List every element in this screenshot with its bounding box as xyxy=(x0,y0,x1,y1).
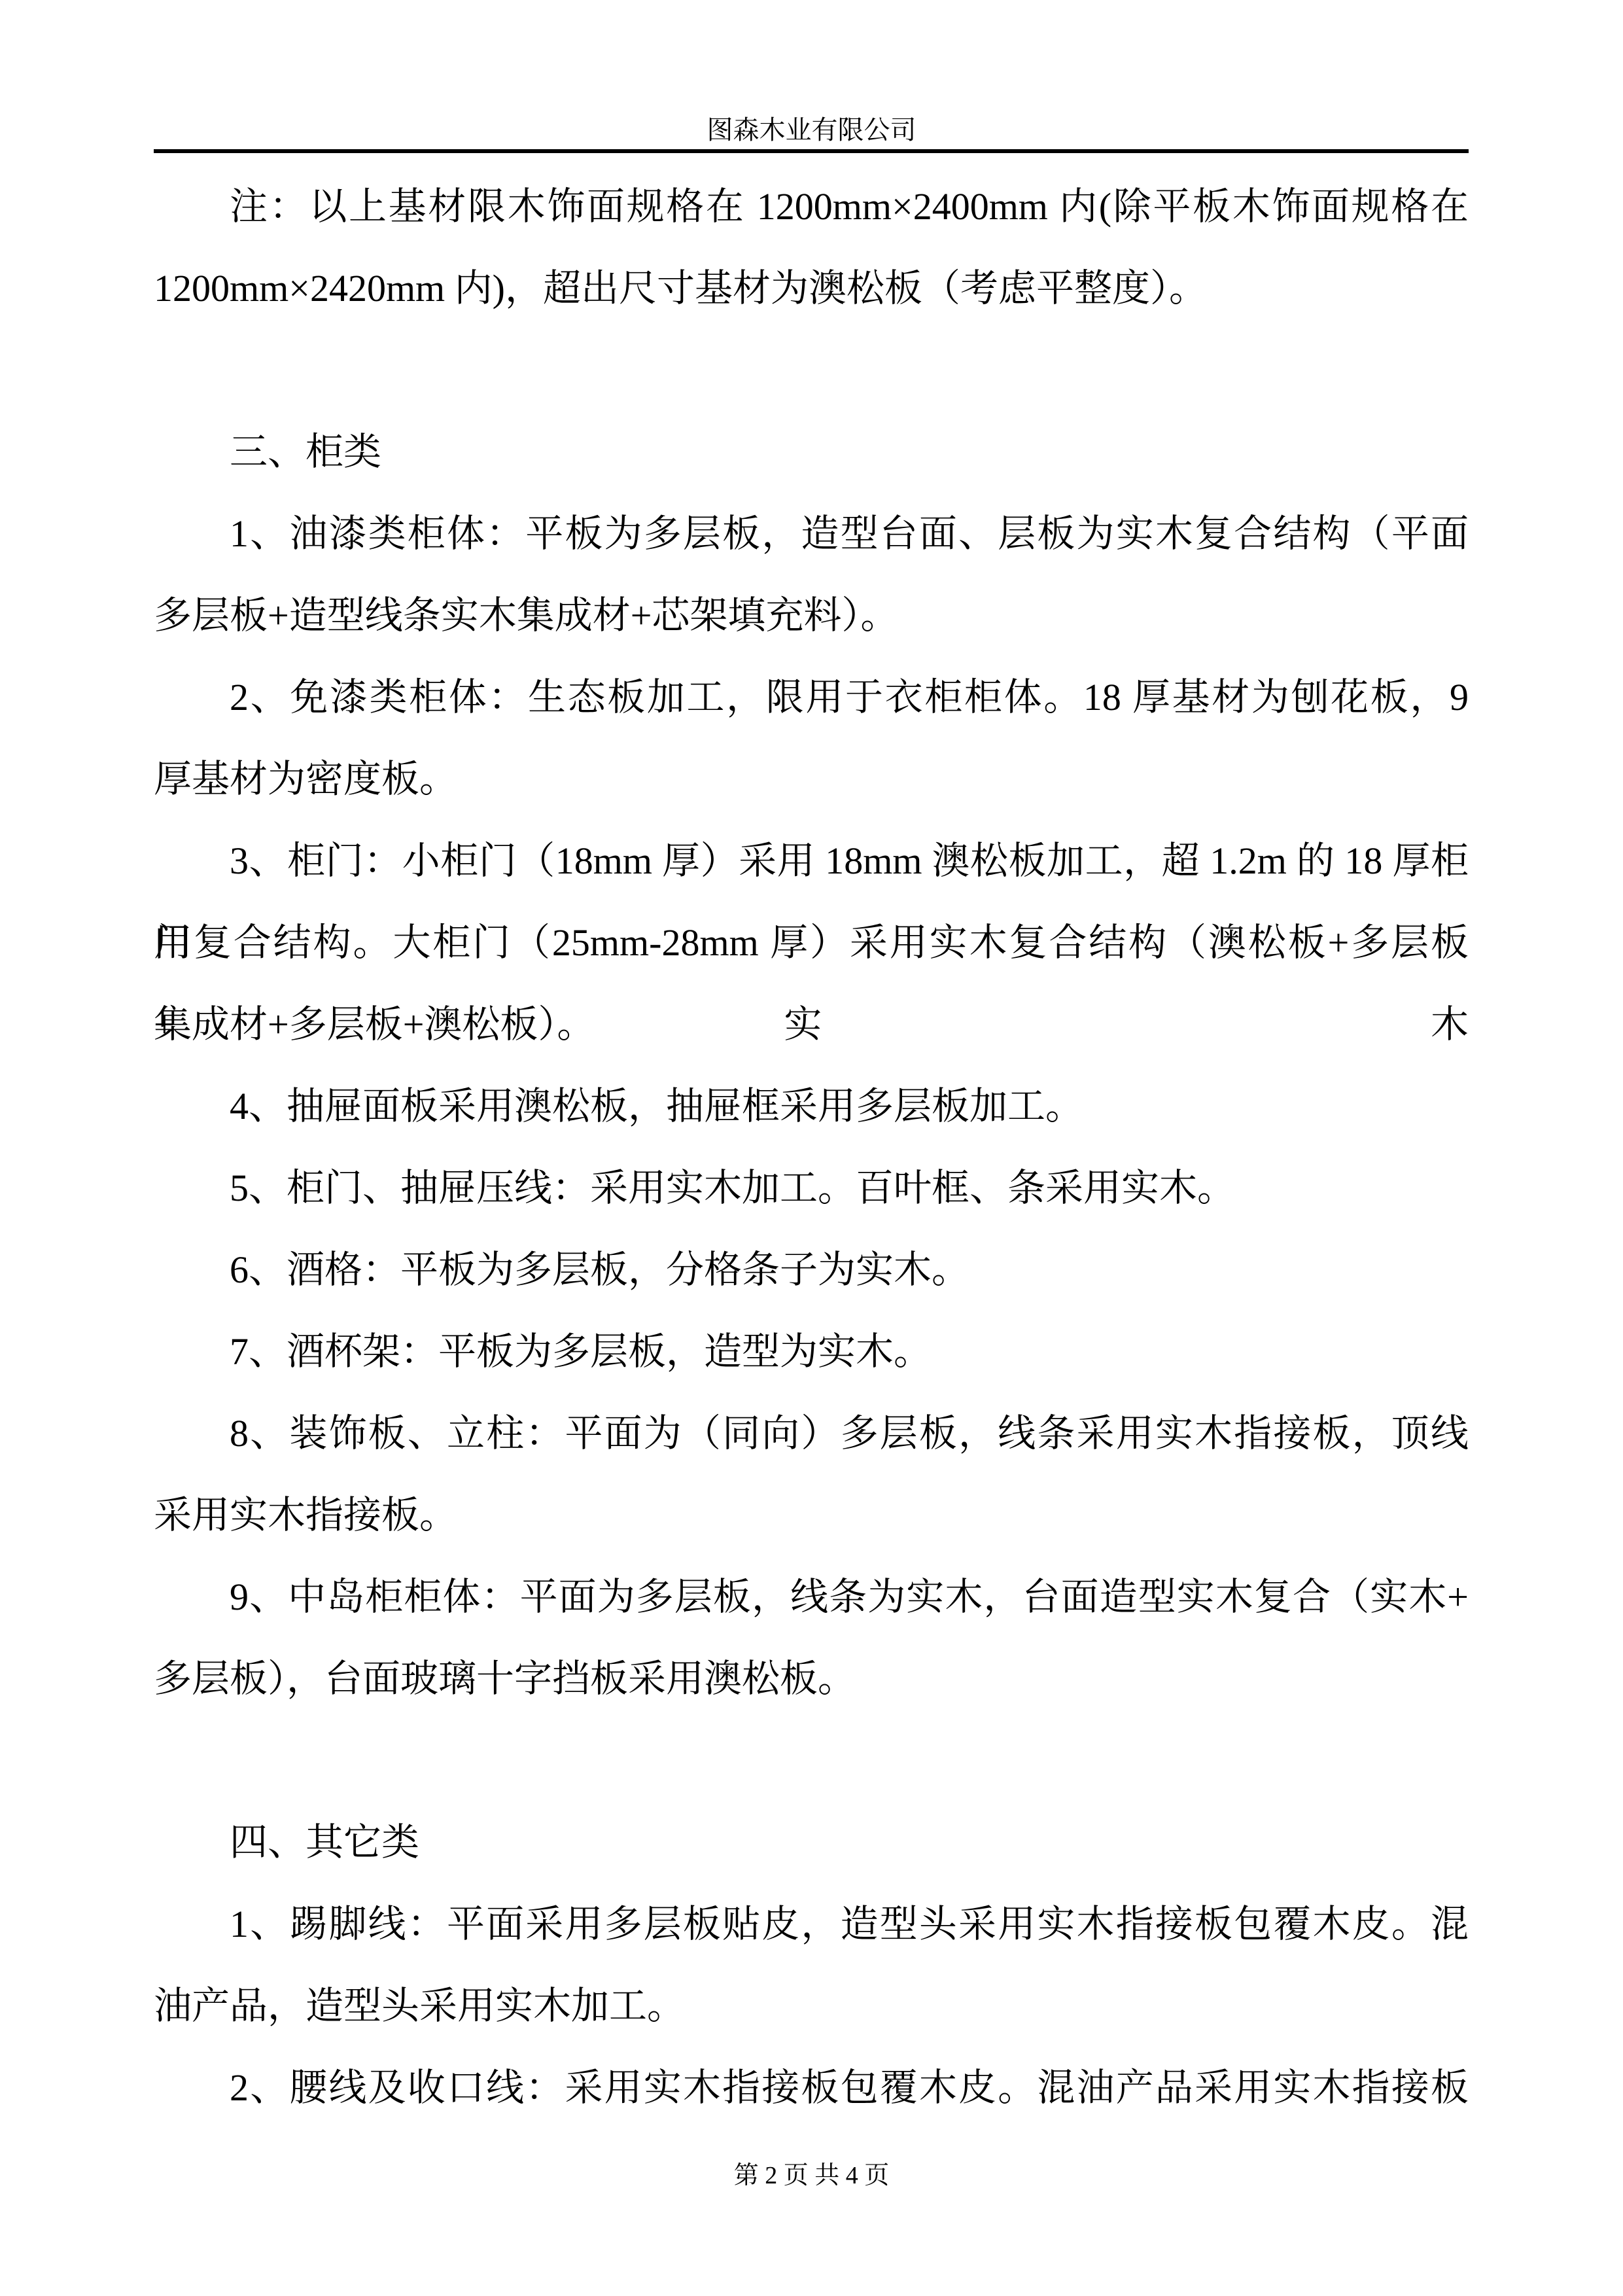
page-footer: 第 2 页 共 4 页 xyxy=(0,2156,1623,2195)
text-line: 8、装饰板、立柱：平面为（同向）多层板，线条采用实木指接板，顶线 xyxy=(154,1392,1469,1474)
text-line: 1200mm×2420mm 内)，超出尺寸基材为澳松板（考虑平整度）。 xyxy=(154,247,1469,329)
text-line: 油产品，造型头采用实木加工。 xyxy=(154,1965,1469,2047)
text-line: 5、柜门、抽屉压线：采用实木加工。百叶框、条采用实木。 xyxy=(154,1147,1469,1229)
header-rule xyxy=(154,149,1469,153)
text-line: 4、抽屉面板采用澳松板，抽屉框采用多层板加工。 xyxy=(154,1065,1469,1147)
text-line: 6、酒格：平板为多层板，分格条子为实木。 xyxy=(154,1229,1469,1311)
text-line: 用复合结构。大柜门（25mm-28mm 厚）采用实木复合结构（澳松板+多层板+实… xyxy=(154,902,1469,983)
company-name: 图森木业有限公司 xyxy=(707,115,916,145)
text-line: 注：以上基材限木饰面规格在 1200mm×2400mm 内(除平板木饰面规格在 xyxy=(154,166,1469,247)
text-line: 厚基材为密度板。 xyxy=(154,738,1469,820)
text-line: 3、柜门：小柜门（18mm 厚）采用 18mm 澳松板加工，超 1.2m 的 1… xyxy=(154,820,1469,902)
text-line: 多层板+造型线条实木集成材+芯架填充料）。 xyxy=(154,574,1469,656)
text-line: 7、酒杯架：平板为多层板，造型为实木。 xyxy=(154,1311,1469,1392)
text-line: 四、其它类 xyxy=(154,1801,1469,1883)
text-line: 2、腰线及收口线：采用实木指接板包覆木皮。混油产品采用实木指接板 xyxy=(154,2047,1469,2128)
document-body: 注：以上基材限木饰面规格在 1200mm×2400mm 内(除平板木饰面规格在1… xyxy=(154,166,1469,2128)
document-header: 图森木业有限公司 xyxy=(0,111,1623,150)
text-line: 采用实木指接板。 xyxy=(154,1474,1469,1556)
text-line: 2、免漆类柜体：生态板加工，限用于衣柜柜体。18 厚基材为刨花板，9 xyxy=(154,656,1469,738)
text-line: 1、油漆类柜体：平板为多层板，造型台面、层板为实木复合结构（平面 xyxy=(154,493,1469,574)
document-page: 图森木业有限公司 注：以上基材限木饰面规格在 1200mm×2400mm 内(除… xyxy=(0,0,1623,2296)
page-number: 第 2 页 共 4 页 xyxy=(734,2162,890,2189)
text-line: 三、柜类 xyxy=(154,411,1469,493)
text-line: 1、踢脚线：平面采用多层板贴皮，造型头采用实木指接板包覆木皮。混 xyxy=(154,1883,1469,1965)
text-line: 多层板），台面玻璃十字挡板采用澳松板。 xyxy=(154,1638,1469,1720)
blank-line xyxy=(154,329,1469,411)
blank-line xyxy=(154,1720,1469,1801)
text-line: 9、中岛柜柜体：平面为多层板，线条为实木，台面造型实木复合（实木+ xyxy=(154,1556,1469,1638)
